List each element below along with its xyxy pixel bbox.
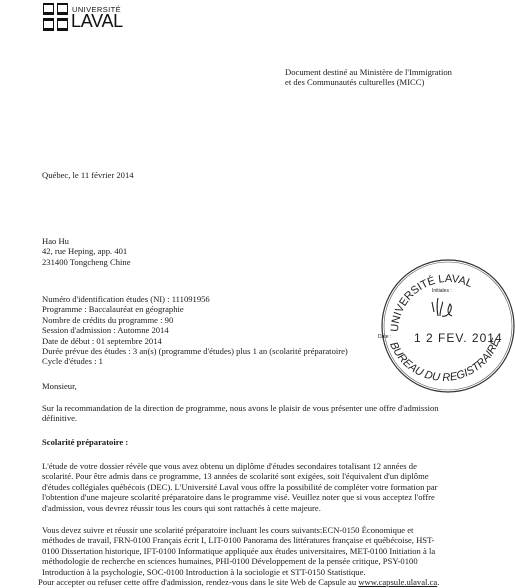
paragraph-line: Vous devez suivre et réussir une scolari… <box>42 525 439 535</box>
recipient-name: Hao Hu <box>42 236 131 246</box>
letter-date: Québec, le 11 février 2014 <box>42 170 134 180</box>
info-line: Nombre de crédits du programme : 90 <box>42 315 348 325</box>
info-line: Session d'admission : Automne 2014 <box>42 325 348 335</box>
stamp-circle-icon: UNIVERSITÉ LAVAL BUREAU DU REGISTRAIRE <box>376 258 515 398</box>
stamp-signature-label: Initiales : <box>432 288 452 294</box>
intro-line: Sur la recommandation de la direction de… <box>42 403 439 413</box>
signature-icon <box>432 298 452 316</box>
section-title: Scolarité préparatoire : <box>42 437 128 447</box>
paragraph-2: Vous devez suivre et réussir une scolari… <box>42 525 439 587</box>
info-line: Numéro d'identification études (NI) : 11… <box>42 294 348 304</box>
paragraph-line: méthodologie de recherche en sciences hu… <box>42 556 439 566</box>
university-logo: UNIVERSITÉ LAVAL <box>43 3 123 33</box>
logo-main-text: LAVAL <box>71 12 123 30</box>
recipient-address: Hao Hu 42, rue Heping, app. 401 231400 T… <box>42 236 131 267</box>
intro-line: définitive. <box>42 413 439 423</box>
paragraph-line: l'obtention d'une majeure scolarité prép… <box>42 492 438 502</box>
paragraph-line: Introduction à la psychologie, SOC-0100 … <box>42 567 439 577</box>
salutation: Monsieur, <box>42 381 77 391</box>
info-line: Date de début : 01 septembre 2014 <box>42 336 348 346</box>
stamp-date-label: Date : <box>378 334 391 340</box>
paragraph-line: d'études collégiales québécois (DEC). L'… <box>42 482 438 492</box>
capsule-link[interactable]: www.capsule.ulaval.ca <box>358 577 437 587</box>
paragraph-1: L'étude de votre dossier révèle que vous… <box>42 461 438 513</box>
destination-line: Document destiné au Ministère de l'Immig… <box>285 67 452 77</box>
closing-text: Pour accepter ou refuser cette offre d'a… <box>38 577 358 587</box>
recipient-street: 42, rue Heping, app. 401 <box>42 246 131 256</box>
paragraph-line: d'admission, vous devrez réussir tous le… <box>42 503 438 513</box>
destination-line: et des Communautés culturelles (MICC) <box>285 77 452 87</box>
destination-block: Document destiné au Ministère de l'Immig… <box>285 67 452 88</box>
admission-info: Numéro d'identification études (NI) : 11… <box>42 294 348 367</box>
crest-icon <box>43 3 68 31</box>
registrar-stamp: UNIVERSITÉ LAVAL BUREAU DU REGISTRAIRE I… <box>376 258 515 398</box>
stamp-date: 1 2 FEV. 2014 <box>414 331 503 345</box>
paragraph-line: 0100 Dissertation historique, IFT-0100 I… <box>42 546 439 556</box>
closing-line: Pour accepter ou refuser cette offre d'a… <box>38 577 439 587</box>
paragraph-line: scolarité. Pour être admis dans ce progr… <box>42 471 438 481</box>
info-line: Durée prévue des études : 3 an(s) (progr… <box>42 346 348 356</box>
intro-paragraph: Sur la recommandation de la direction de… <box>42 403 439 424</box>
info-line: Programme : Baccalauréat en géographie <box>42 304 348 314</box>
paragraph-line: méthodes de travail, FRN-0100 Français é… <box>42 535 439 545</box>
paragraph-line: L'étude de votre dossier révèle que vous… <box>42 461 438 471</box>
recipient-city: 231400 Tongcheng Chine <box>42 257 131 267</box>
info-line: Cycle d'études : 1 <box>42 356 348 366</box>
closing-end: . <box>437 577 439 587</box>
